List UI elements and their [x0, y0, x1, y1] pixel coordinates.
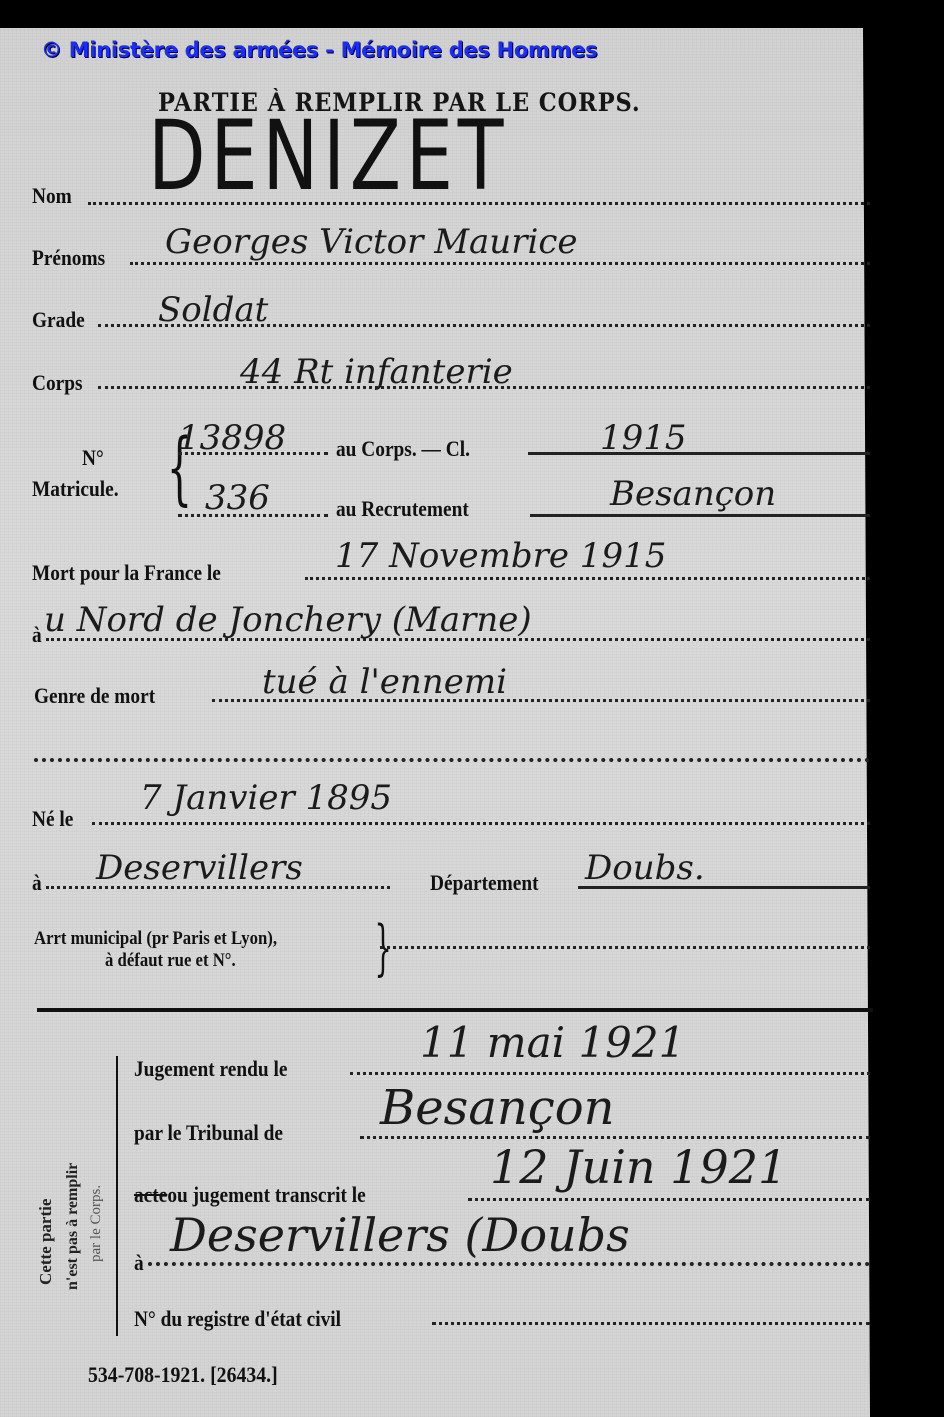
transcrit-value: 12 Juin 1921 [490, 1140, 787, 1194]
registre-label: N° du registre d'état civil [134, 1306, 341, 1332]
grade-label: Grade [32, 307, 85, 333]
side-note-line3: par le Corps. [88, 1185, 105, 1262]
transcrit-label: acteou jugement transcrit le [134, 1182, 366, 1208]
jugement-rendu-value: 11 mai 1921 [420, 1018, 685, 1067]
matricule-corps-label: au Corps. — Cl. [336, 436, 470, 462]
ne-le-label: Né le [32, 806, 73, 832]
tribunal-label: par le Tribunal de [134, 1120, 283, 1146]
tribunal-value: Besançon [380, 1080, 615, 1136]
matricule-no-label: N° [82, 445, 104, 471]
matricule-corps-value: 13898 [178, 418, 286, 458]
side-note-line2: n'est pas à remplir [64, 1163, 82, 1290]
mort-label: Mort pour la France le [32, 560, 221, 586]
arrondissement-label-line1: Arrt municipal (pr Paris et Lyon), [34, 928, 277, 950]
nom-value: DENIZET [148, 108, 508, 204]
prenoms-value: Georges Victor Maurice [165, 222, 577, 262]
nom-label: Nom [32, 183, 72, 209]
genre-mort-value: tué à l'ennemi [262, 662, 507, 702]
corps-value: 44 Rt infanterie [240, 352, 513, 392]
classe-value: 1915 [600, 418, 687, 458]
recrutement-place-value: Besançon [610, 474, 776, 514]
lieu-naissance-value: Deservillers [96, 848, 303, 888]
lieu-mort-value: u Nord de Jonchery (Marne) [44, 600, 532, 640]
blank-line [34, 758, 870, 762]
arrondissement-line [380, 946, 870, 949]
lieu-naissance-label: à [32, 870, 42, 896]
registre-line [432, 1322, 870, 1325]
transcrit-lieu-value: Deservillers (Doubs [170, 1208, 630, 1262]
mort-line [305, 577, 870, 580]
matricule-label: Matricule. [32, 476, 119, 502]
genre-mort-label: Genre de mort [34, 683, 155, 709]
arrondissement-label-line2: à défaut rue et N°. [105, 950, 236, 972]
transcrit-lieu-label: à [134, 1250, 144, 1276]
prenoms-label: Prénoms [32, 245, 105, 271]
transcrit-line [468, 1198, 870, 1201]
form-code: 534-708-1921. [26434.] [88, 1362, 278, 1388]
grade-value: Soldat [158, 290, 268, 330]
ne-le-value: 7 Janvier 1895 [140, 778, 392, 818]
transcrit-label-text: ou jugement transcrit le [167, 1182, 365, 1207]
mort-value: 17 Novembre 1915 [335, 536, 666, 576]
side-bracket [116, 1056, 118, 1336]
side-note-line1: Cette partie [36, 1199, 56, 1285]
recrutement-label: au Recrutement [336, 496, 469, 522]
recrutement-line [530, 514, 870, 517]
copyright-watermark: © Ministère des armées - Mémoire des Hom… [41, 38, 597, 62]
transcrit-lieu-line [148, 1262, 870, 1266]
lieu-mort-label: à [32, 622, 42, 648]
classe-line [528, 452, 870, 455]
ne-le-line [92, 822, 870, 825]
struck-acte: acte [134, 1182, 167, 1207]
matricule-recrutement-value: 336 [205, 478, 270, 518]
jugement-rendu-line [350, 1072, 870, 1075]
tribunal-line [360, 1136, 870, 1139]
section-divider [37, 1008, 873, 1012]
corps-label: Corps [32, 370, 83, 396]
departement-value: Doubs. [585, 848, 705, 888]
jugement-rendu-label: Jugement rendu le [134, 1056, 287, 1082]
departement-label: Département [430, 870, 539, 896]
prenoms-line [130, 262, 870, 265]
